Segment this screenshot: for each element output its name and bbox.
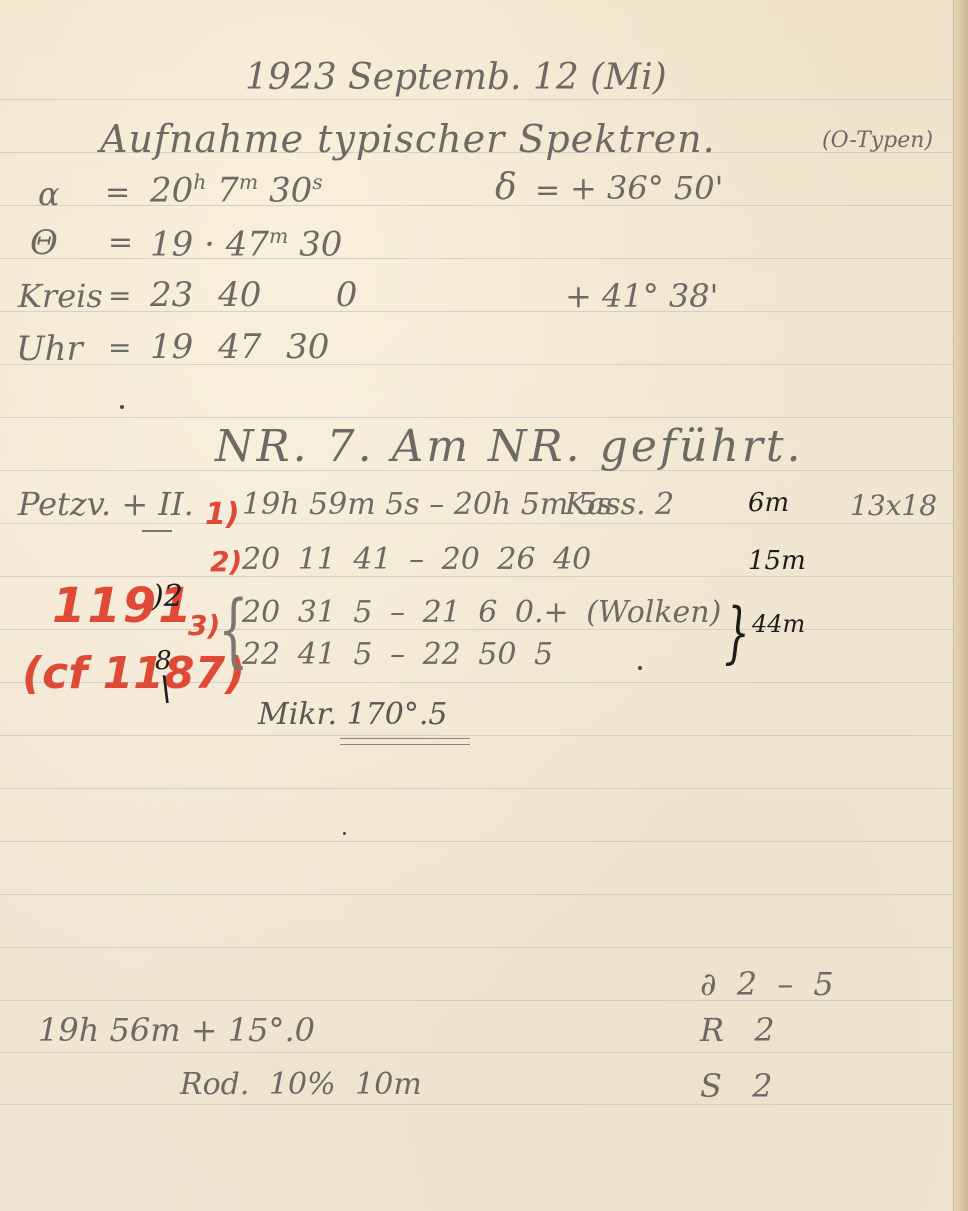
exposure-marker-1: 1): [205, 500, 240, 530]
kreis-declination: + 41° 38': [565, 280, 718, 312]
section-heading: NR. 7. Am NR. geführt.: [215, 425, 804, 469]
ruled-line: [0, 735, 955, 736]
ruled-line: [0, 364, 955, 365]
group-duration: 44m: [752, 612, 805, 636]
theta-value: 19 · 47m 30: [150, 226, 342, 261]
uhr-label: Uhr: [16, 332, 83, 366]
ruled-line: [0, 523, 955, 524]
instrument-label: Petzv. + II.: [18, 488, 194, 520]
kreis-value: 23 40 0: [150, 278, 357, 312]
ruled-line: [0, 99, 955, 100]
cassette-label: Kass. 2: [565, 490, 674, 520]
ruled-line: [0, 894, 955, 895]
ruled-line: [0, 417, 955, 418]
micrometer-reading: Mikr. 170°.5: [258, 700, 448, 730]
black-bracket-mark: \: [160, 672, 171, 706]
exposure-time-3: 20 31 5 – 21 6 0.+ (Wolken): [242, 598, 721, 628]
kreis-eq: =: [108, 282, 131, 310]
micrometer-underline: [340, 738, 470, 745]
ruled-line: [0, 947, 955, 948]
footer-position: 19h 56m + 15°.0: [38, 1014, 315, 1046]
black-annotation-top: )2: [152, 582, 183, 612]
rating-delta: ∂ 2 – 5: [700, 968, 834, 1000]
theta-eq: =: [108, 228, 133, 258]
exposure-right-brace: }: [724, 600, 749, 666]
ruled-line: [0, 1052, 955, 1053]
kreis-label: Kreis: [18, 280, 103, 312]
exposure-time-4: 22 41 5 – 22 50 5: [242, 640, 553, 670]
ruled-line: [0, 841, 955, 842]
alpha-value: 20h 7m 30s: [150, 172, 323, 207]
uhr-value: 19 47 30: [150, 330, 329, 364]
pencil-dot: [343, 832, 346, 835]
notebook-page: 1923 Septemb. 12 (Mi) Aufnahme typischer…: [0, 0, 968, 1211]
ruled-line: [0, 258, 955, 259]
exposure-duration-2: 15m: [748, 548, 806, 574]
entry-date: 1923 Septemb. 12 (Mi): [245, 60, 667, 96]
ruled-line: [0, 1104, 955, 1105]
red-annotation-reference: (cf 1187): [22, 652, 245, 696]
footer-rod: Rod. 10% 10m: [180, 1070, 422, 1100]
title-note: (O-Typen): [822, 130, 933, 152]
exposure-time-2: 20 11 41 – 20 26 40: [242, 545, 591, 575]
exposure-marker-2: 2): [210, 548, 242, 576]
pencil-dot: [120, 405, 124, 409]
uhr-eq: =: [108, 334, 131, 362]
exposure-duration-1: 6m: [748, 490, 789, 516]
ruled-line: [0, 311, 955, 312]
page-title: Aufnahme typischer Spektren.: [100, 120, 716, 158]
alpha-label: α: [38, 178, 60, 210]
delta-label: δ: [495, 170, 517, 206]
delta-value: + 36° 50': [570, 172, 723, 204]
rating-s: S 2: [700, 1070, 772, 1102]
plate-size: 13x18: [850, 492, 937, 520]
alpha-eq: =: [105, 178, 130, 208]
page-binding-edge: [953, 0, 968, 1211]
theta-label: Θ: [30, 226, 58, 260]
exposure-marker-3: 3): [188, 612, 220, 640]
ruled-line: [0, 788, 955, 789]
ruled-line: [0, 205, 955, 206]
pencil-dot: [638, 666, 642, 670]
delta-eq: =: [535, 176, 560, 206]
rating-r: R 2: [700, 1014, 775, 1046]
instrument-underline: [142, 530, 172, 532]
exposure-time-1: 19h 59m 5s – 20h 5m 5s: [242, 490, 612, 520]
